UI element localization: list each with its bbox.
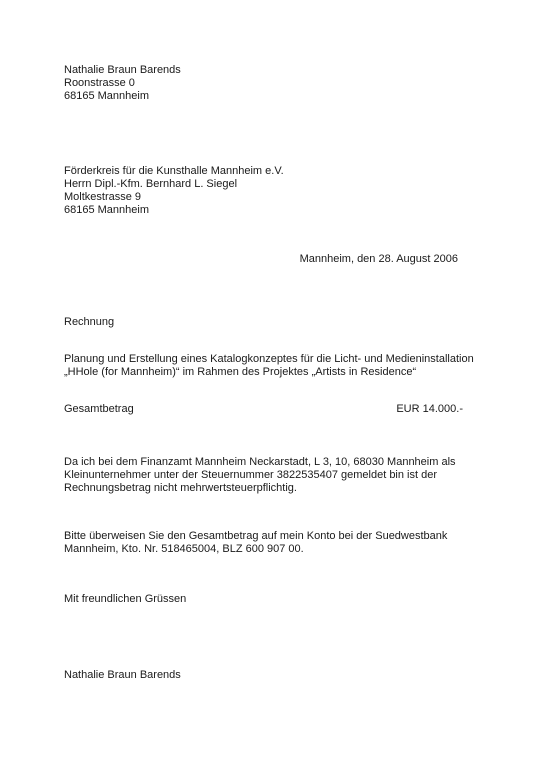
sender-city: 68165 Mannheim [64, 90, 181, 103]
sender-address: Nathalie Braun Barends Roonstrasse 0 681… [64, 64, 181, 103]
payment-note-line: Bitte überweisen Sie den Gesamtbetrag au… [64, 530, 447, 543]
recipient-organization: Förderkreis für die Kunsthalle Mannheim … [64, 165, 284, 178]
service-description: Planung und Erstellung eines Katalogkonz… [64, 353, 474, 379]
sender-name: Nathalie Braun Barends [64, 64, 181, 77]
tax-note-line: Rechnungsbetrag nicht mehrwertsteuerpfli… [64, 482, 456, 495]
recipient-city: 68165 Mannheim [64, 204, 284, 217]
closing-greeting: Mit freundlichen Grüssen [64, 593, 186, 606]
recipient-address: Förderkreis für die Kunsthalle Mannheim … [64, 165, 284, 217]
tax-note: Da ich bei dem Finanzamt Mannheim Neckar… [64, 456, 456, 495]
subject-heading: Rechnung [64, 316, 114, 329]
tax-note-line: Kleinunternehmer unter der Steuernummer … [64, 469, 456, 482]
tax-note-line: Da ich bei dem Finanzamt Mannheim Neckar… [64, 456, 456, 469]
total-label: Gesamtbetrag [64, 403, 134, 416]
description-line: „HHole (for Mannheim)“ im Rahmen des Pro… [64, 366, 474, 379]
total-amount: EUR 14.000.- [396, 403, 463, 416]
payment-note: Bitte überweisen Sie den Gesamtbetrag au… [64, 530, 447, 556]
date-line: Mannheim, den 28. August 2006 [300, 253, 458, 266]
payment-note-line: Mannheim, Kto. Nr. 518465004, BLZ 600 90… [64, 543, 447, 556]
description-line: Planung und Erstellung eines Katalogkonz… [64, 353, 474, 366]
recipient-street: Moltkestrasse 9 [64, 191, 284, 204]
recipient-contact: Herrn Dipl.-Kfm. Bernhard L. Siegel [64, 178, 284, 191]
signature-name: Nathalie Braun Barends [64, 669, 181, 682]
sender-street: Roonstrasse 0 [64, 77, 181, 90]
